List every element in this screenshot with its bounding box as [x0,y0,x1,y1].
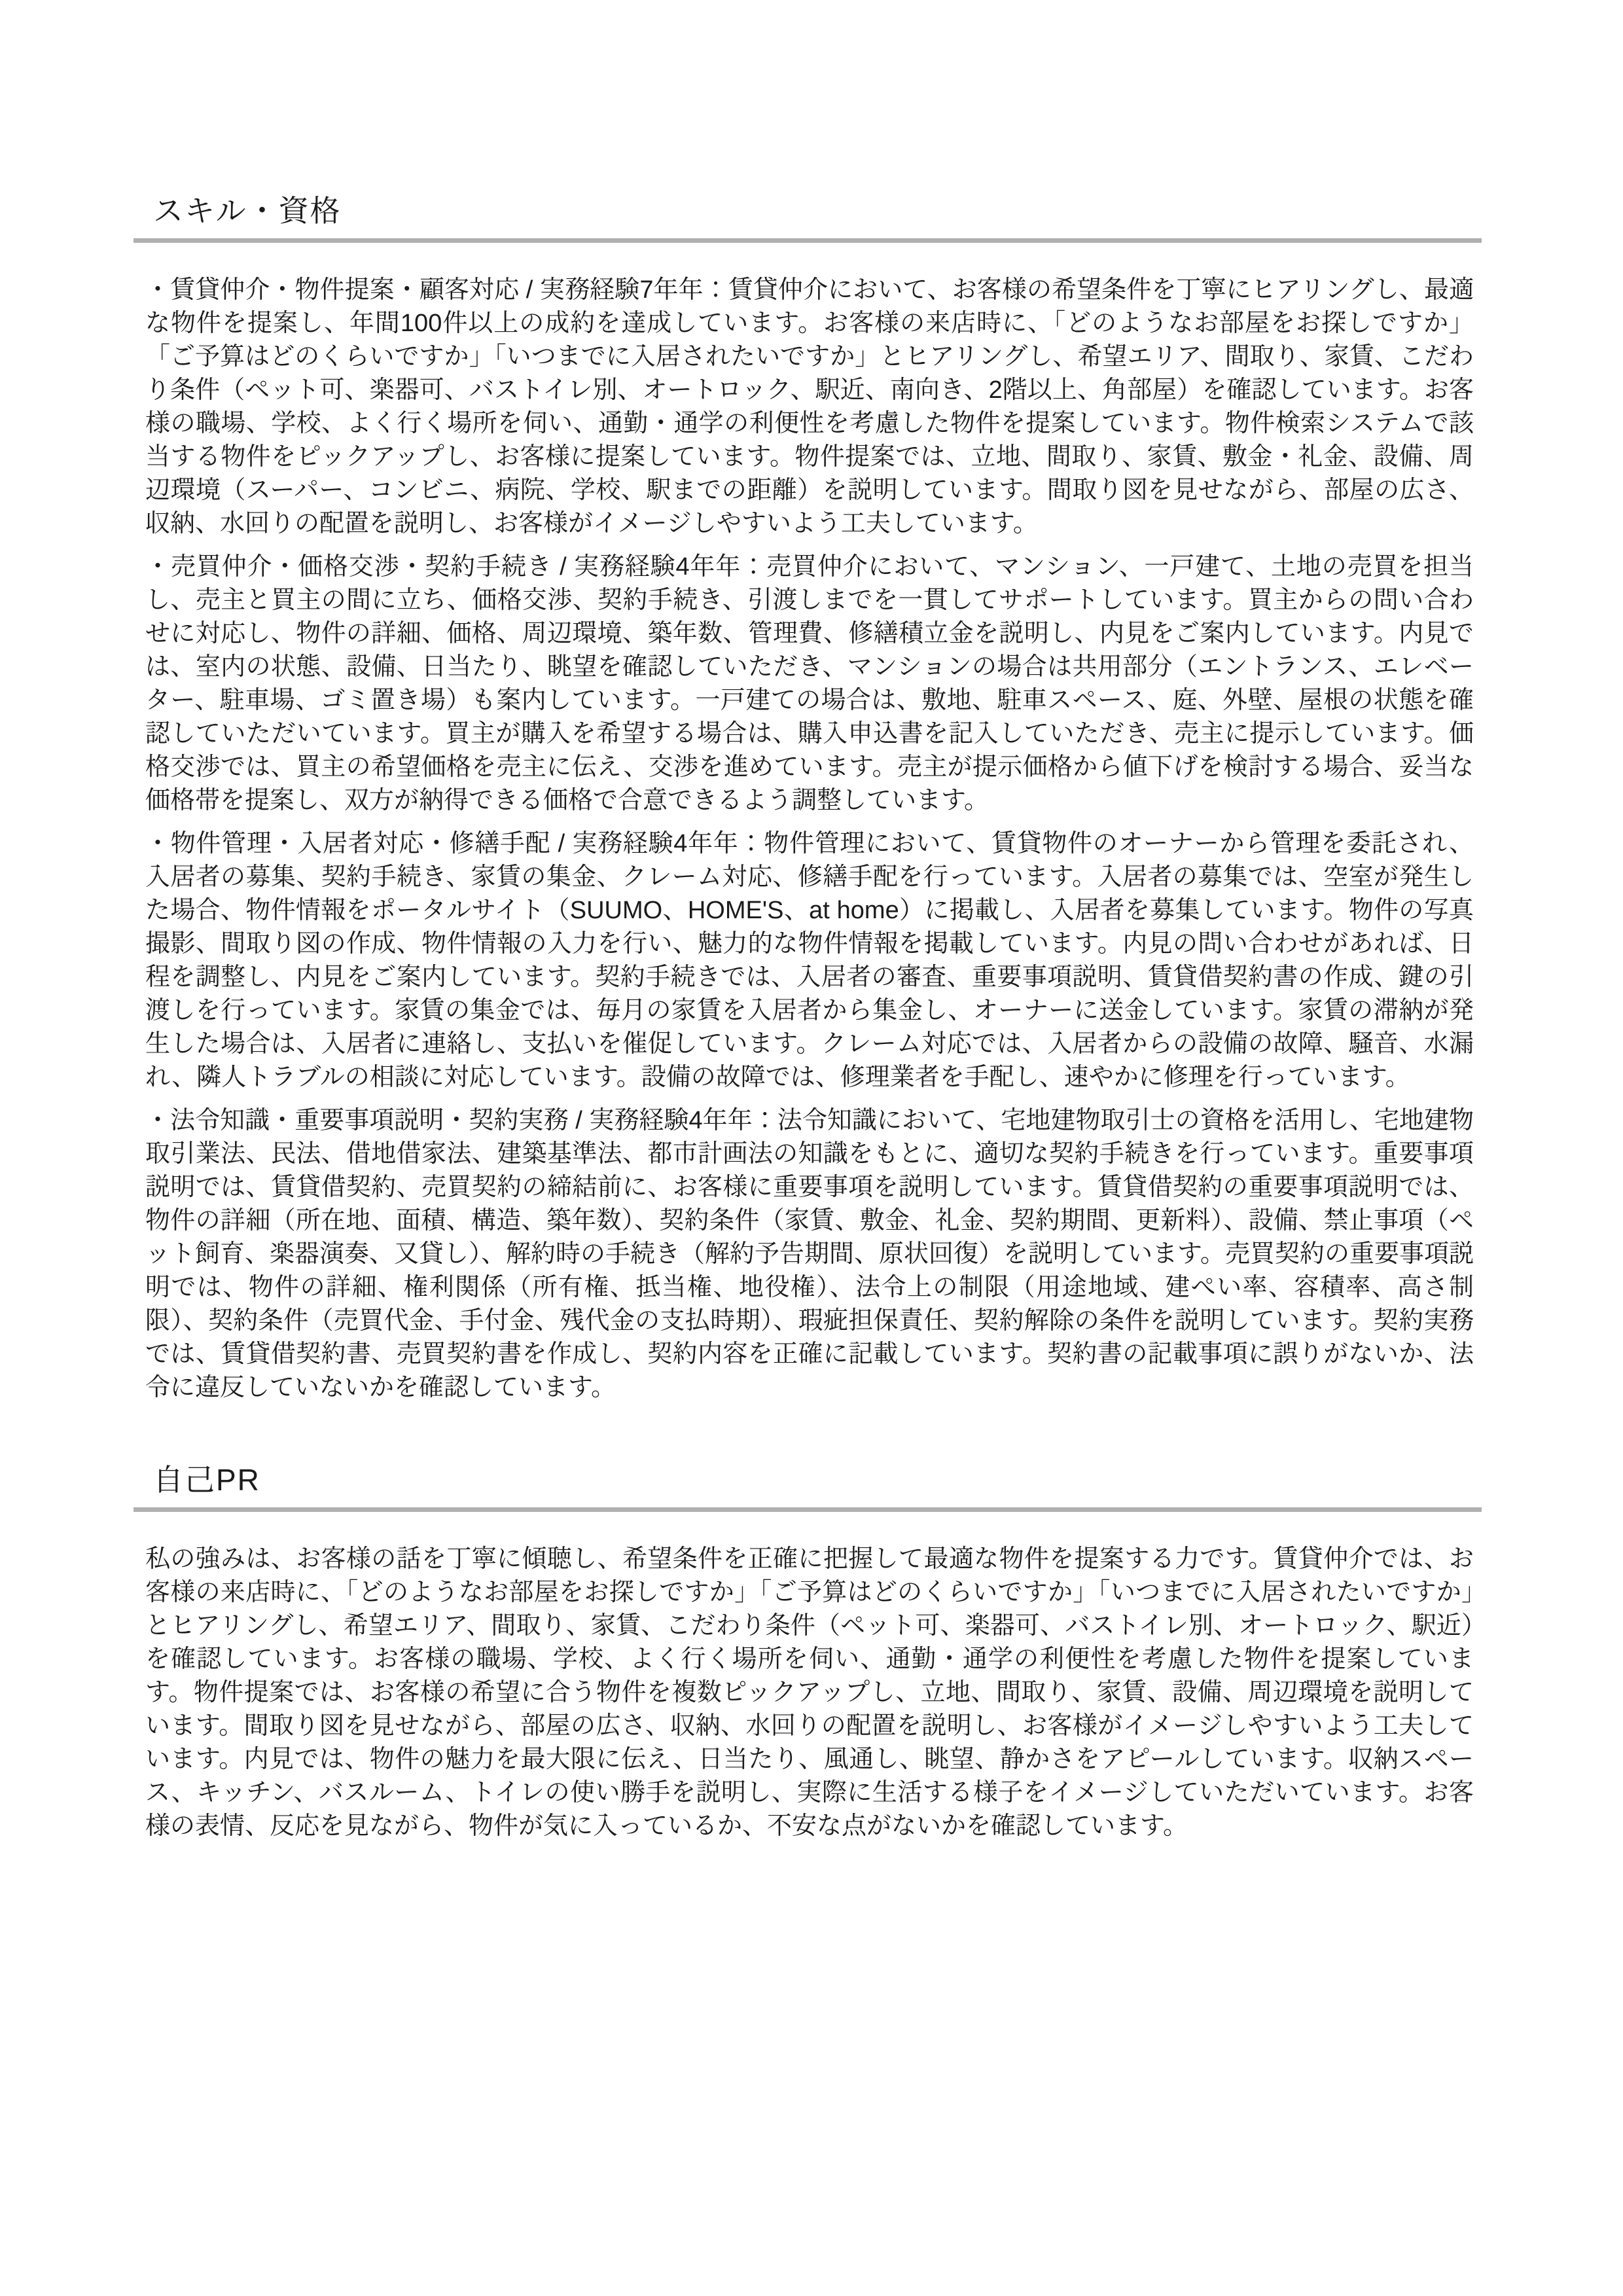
resume-page: スキル・資格 ・賃貸仲介・物件提案・顧客対応 / 実務経験7年年：賃貸仲介におい… [0,0,1623,2296]
section-body-skills: ・賃貸仲介・物件提案・顧客対応 / 実務経験7年年：賃貸仲介において、お客様の希… [145,243,1474,1405]
skill-paragraph-sales-brokerage: ・売買仲介・価格交渉・契約手続き / 実務経験4年年：売買仲介において、マンショ… [145,550,1474,817]
section-self-pr: 自己PR 私の強みは、お客様の話を丁寧に傾聴し、希望条件を正確に把握して最適な物… [145,1462,1474,1843]
section-title-skills: スキル・資格 [145,193,1474,229]
section-divider [134,1507,1482,1512]
self-pr-paragraph: 私の強みは、お客様の話を丁寧に傾聴し、希望条件を正確に把握して最適な物件を提案す… [145,1543,1474,1843]
section-title-self-pr: 自己PR [145,1462,1474,1498]
section-skills: スキル・資格 ・賃貸仲介・物件提案・顧客対応 / 実務経験7年年：賃貸仲介におい… [145,193,1474,1405]
skill-paragraph-legal-knowledge: ・法令知識・重要事項説明・契約実務 / 実務経験4年年：法令知識において、宅地建… [145,1104,1474,1405]
skill-paragraph-rental-brokerage: ・賃貸仲介・物件提案・顧客対応 / 実務経験7年年：賃貸仲介において、お客様の希… [145,274,1474,541]
section-divider [134,238,1482,243]
skill-paragraph-property-management: ・物件管理・入居者対応・修繕手配 / 実務経験4年年：物件管理において、賃貸物件… [145,827,1474,1094]
section-body-self-pr: 私の強みは、お客様の話を丁寧に傾聴し、希望条件を正確に把握して最適な物件を提案す… [145,1512,1474,1843]
